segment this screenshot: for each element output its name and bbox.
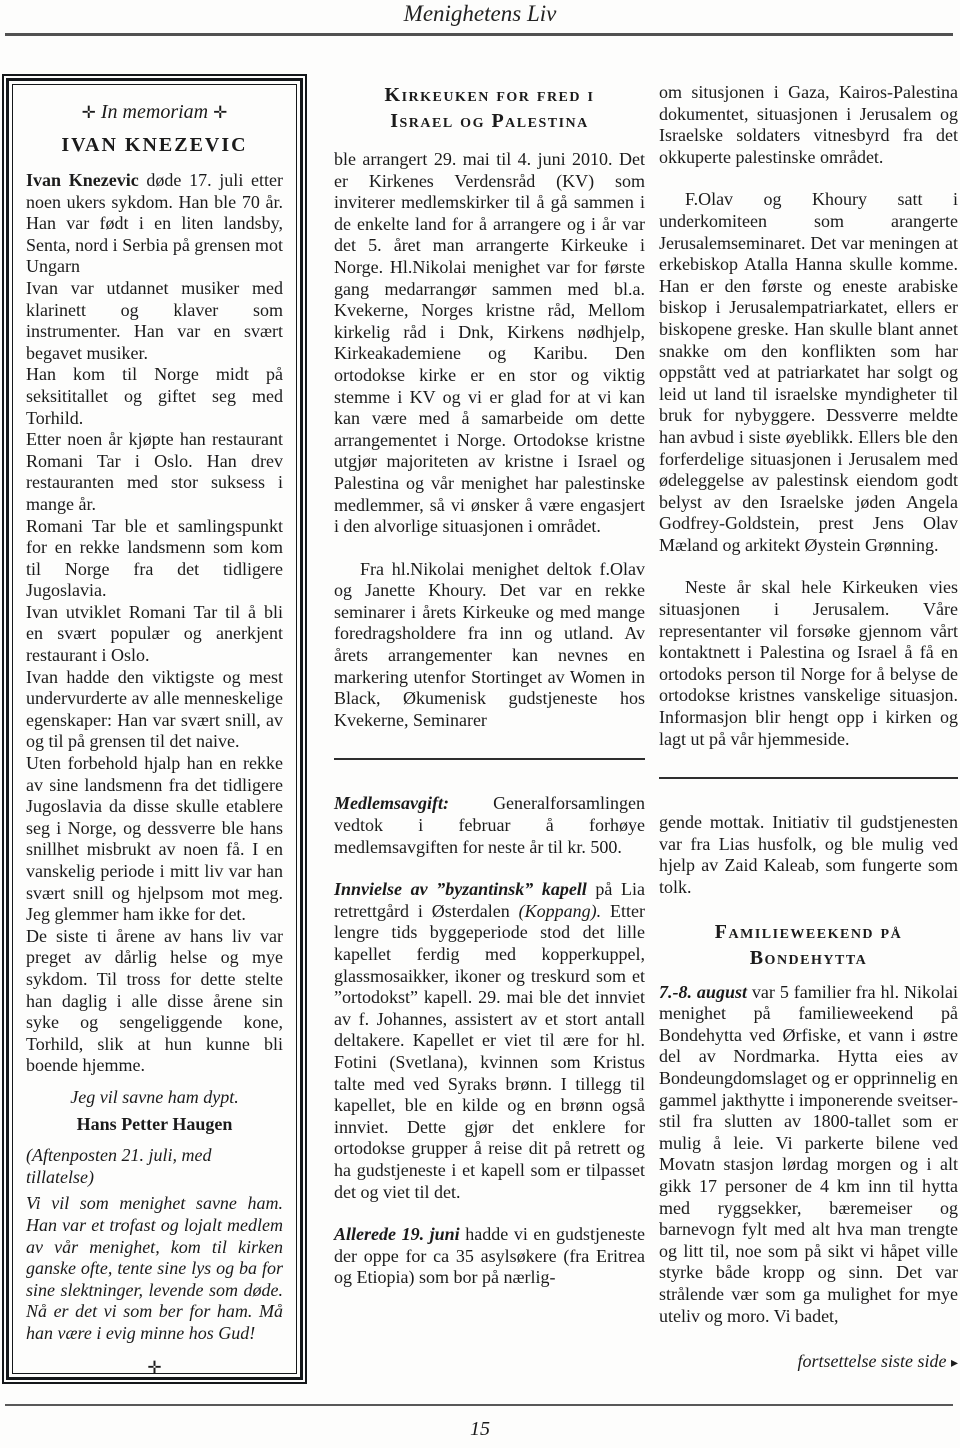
continuation-note: fortsettelse siste side ▸ [659, 1351, 958, 1372]
memorial-paragraph: Etter noen år kjøpte han restaurant Roma… [26, 429, 283, 515]
familieweekend-heading: Familieweekend på Bondehytta [659, 919, 958, 971]
in-memoriam-label: In memoriam [101, 101, 208, 123]
article-paragraph: F.Olav og Khoury satt i underkomiteen so… [659, 189, 958, 556]
footer-rule [5, 1404, 953, 1406]
page-title: Menighetens Liv [0, 1, 960, 27]
section-divider [334, 758, 645, 760]
newsletter-page: Menighetens Liv ✛ In memoriam ✛ IVAN KNE… [0, 0, 960, 1448]
memorial-box-mid-frame: ✛ In memoriam ✛ IVAN KNEZEVIC Ivan Kneze… [6, 78, 303, 1380]
memorial-paragraph: Ivan var utdannet musiker med klarinett … [26, 278, 283, 364]
deceased-name-lead: Ivan Knezevic [26, 170, 139, 190]
article-paragraph: Neste år skal hele Kirkeuken vies situas… [659, 577, 958, 750]
middle-column: Kirkeuken for fred i Israel og Palestina… [334, 82, 645, 1289]
right-column: om situsjonen i Gaza, Kairos-Palestina d… [659, 82, 958, 1372]
source-credit: (Aftenposten 21. juli, med tillatelse) [26, 1145, 283, 1188]
cross-icon: ✛ [213, 103, 227, 122]
notice-lead: Medlemsavgift: [334, 793, 449, 813]
notice-lead: Innvielse av ”byzantinsk” kapell [334, 879, 587, 899]
signature-line: Hans Petter Haugen [26, 1114, 283, 1136]
memorial-paragraph: De siste ti årene av hans liv var preget… [26, 926, 283, 1077]
article-heading-line1: Kirkeuken for fred i [334, 82, 645, 108]
notice-paragraph: gende mottak. Initiativ til gudstjeneste… [659, 812, 958, 898]
cross-icon: ✛ [26, 1358, 283, 1374]
article-text: var 5 familier fra hl. Nikolai menighet … [659, 982, 958, 1326]
continuation-text: fortsettelse siste side [797, 1351, 946, 1371]
article-paragraph: om situsjonen i Gaza, Kairos-Palestina d… [659, 82, 958, 168]
page-number: 15 [0, 1418, 960, 1441]
memorial-paragraph: Ivan utviklet Romani Tar til å bli en sv… [26, 602, 283, 667]
memorial-box-inner-frame: ✛ In memoriam ✛ IVAN KNEZEVIC Ivan Kneze… [12, 84, 297, 1374]
article-paragraph: Fra hl.Nikolai menighet deltok f.Olav og… [334, 559, 645, 732]
notice-paragraph: Allerede 19. juni hadde vi en gudstjenes… [334, 1224, 645, 1289]
article-heading-line2: Israel og Palestina [334, 108, 645, 134]
memorial-box: ✛ In memoriam ✛ IVAN KNEZEVIC Ivan Kneze… [2, 74, 307, 1384]
place-name: (Koppang). [519, 901, 602, 921]
notice-paragraph: Innvielse av ”byzantinsk” kapell på Lia … [334, 879, 645, 1203]
article-paragraph: 7.-8. august var 5 familier fra hl. Niko… [659, 982, 958, 1328]
article-paragraph: ble arrangert 29. mai til 4. juni 2010. … [334, 149, 645, 538]
notice-paragraph: Medlemsavgift: Generalforsamlingen vedto… [334, 793, 645, 858]
header-rule [5, 33, 953, 36]
memorial-paragraph: Ivan hadde den viktigste og mest undervu… [26, 667, 283, 753]
date-lead: 7.-8. august [659, 982, 747, 1002]
memorial-paragraph: Uten forbehold hjalp han en rekke av sin… [26, 753, 283, 926]
memorial-paragraph: Ivan Knezevic døde 17. juli etter noen u… [26, 170, 283, 278]
farewell-line: Jeg vil savne ham dypt. [26, 1087, 283, 1109]
section-divider [659, 777, 958, 779]
notice-text: Etter lengre tids byggeperiode stod det … [334, 901, 645, 1202]
cross-icon: ✛ [82, 103, 96, 122]
memorial-paragraph: Romani Tar ble et samlingspunkt for en r… [26, 516, 283, 602]
memorial-paragraph: Han kom til Norge midt på seksititallet … [26, 364, 283, 429]
notice-lead: Allerede 19. juni [334, 1224, 460, 1244]
deceased-name: IVAN KNEZEVIC [26, 134, 283, 157]
in-memoriam-heading: ✛ In memoriam ✛ [26, 101, 283, 124]
parish-tribute: Vi vil som menighet savne ham. Han var e… [26, 1193, 283, 1344]
arrow-right-icon: ▸ [951, 1356, 958, 1371]
